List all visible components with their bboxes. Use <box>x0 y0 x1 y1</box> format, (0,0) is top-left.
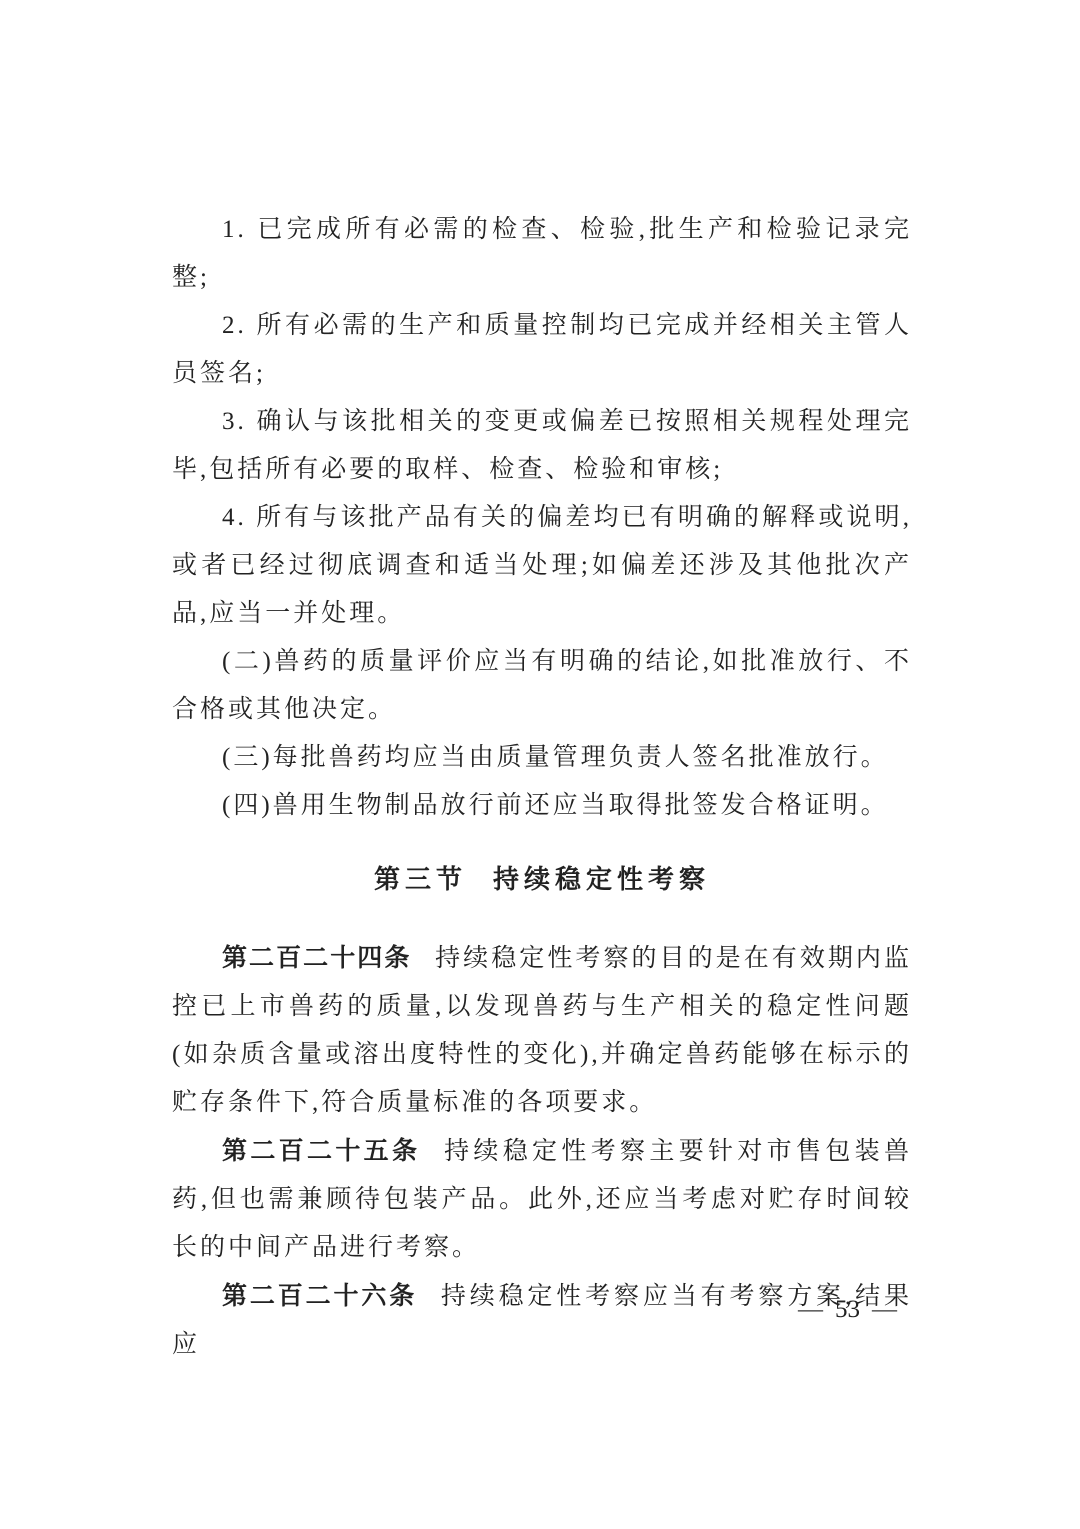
section-heading: 第三节持续稳定性考察 <box>172 856 912 904</box>
document-body: 1. 已完成所有必需的检查、检验,批生产和检验记录完整;2. 所有必需的生产和质… <box>172 206 912 1369</box>
numbered-item: 1. 已完成所有必需的检查、检验,批生产和检验记录完整; <box>172 206 912 302</box>
document-page: 1. 已完成所有必需的检查、检验,批生产和检验记录完整;2. 所有必需的生产和质… <box>0 0 1080 1529</box>
section-number: 第三节 <box>374 865 467 894</box>
numbered-item: 4. 所有与该批产品有关的偏差均已有明确的解释或说明,或者已经过彻底调查和适当处… <box>172 494 912 638</box>
numbered-item: 2. 所有必需的生产和质量控制均已完成并经相关主管人员签名; <box>172 302 912 398</box>
page-footer: —53— <box>790 1288 905 1332</box>
article-number: 第二百二十四条 <box>222 944 411 972</box>
section-title: 持续稳定性考察 <box>493 865 710 894</box>
page-number: 53 <box>835 1296 860 1323</box>
article-paragraph: 第二百二十四条持续稳定性考察的目的是在有效期内监控已上市兽药的质量,以发现兽药与… <box>172 934 912 1127</box>
footer-left-dash: — <box>798 1296 823 1323</box>
sub-item: (二)兽药的质量评价应当有明确的结论,如批准放行、不合格或其他决定。 <box>172 638 912 734</box>
footer-right-dash: — <box>872 1296 897 1323</box>
article-number: 第二百二十六条 <box>222 1282 417 1310</box>
article-number: 第二百二十五条 <box>222 1137 420 1165</box>
numbered-item: 3. 确认与该批相关的变更或偏差已按照相关规程处理完毕,包括所有必要的取样、检查… <box>172 398 912 494</box>
sub-item: (三)每批兽药均应当由质量管理负责人签名批准放行。 <box>172 734 912 782</box>
article-paragraph: 第二百二十五条持续稳定性考察主要针对市售包装兽药,但也需兼顾待包装产品。此外,还… <box>172 1127 912 1272</box>
sub-item: (四)兽用生物制品放行前还应当取得批签发合格证明。 <box>172 782 912 830</box>
